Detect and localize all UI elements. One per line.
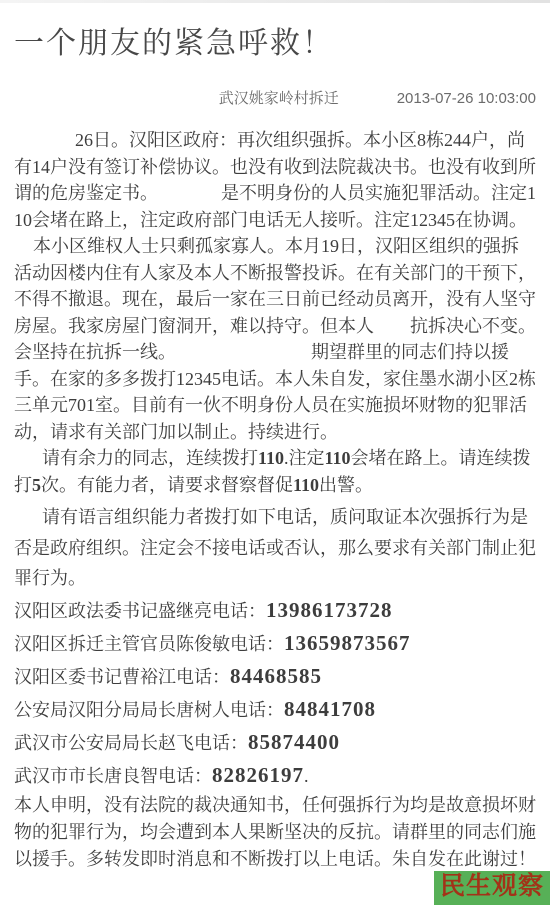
phone-number: 85874400 [248, 730, 340, 754]
meta-source: 武汉姚家岭村拆迁 [219, 89, 339, 109]
text-run: 请有语言组织能力者拨打如下电话，质问取证本次强拆行为是否是政府组织。注定会不接电… [14, 507, 536, 588]
phone-number: 13659873567 [284, 631, 411, 655]
text-run: 本小区维权人士只剩孤家寡人。本月19日，汉阳区组织的强拆活动因楼内住有人家及本人… [14, 236, 536, 442]
meta-datetime: 2013-07-26 10:03:00 [397, 89, 536, 109]
paragraph: 26日。汉阳区政府：再次组织强拆。本小区8栋244户，尚有14户没有签订补偿协议… [14, 127, 536, 233]
emphasis-number: 5 [32, 475, 41, 495]
text-run: 出警。 [319, 475, 373, 495]
text-run: 次。有能力者，请要求督察督促 [41, 475, 293, 495]
text-run: 26日。汉阳区政府：再次组织强拆。本小区8栋244户，尚有14户没有签订补偿协议… [14, 130, 536, 230]
phone-line: 公安局汉阳分局局长唐树人电话：84841708 [14, 693, 536, 726]
phone-number: 84841708 [284, 697, 376, 721]
phone-line: 汉阳区拆迁主管官员陈俊敏电话：13659873567 [14, 627, 536, 660]
paragraph: 本人申明，没有法院的裁决通知书，任何强拆行为均是故意损坏财物的犯罪行为，均会遭到… [14, 792, 536, 873]
text-run: . [304, 766, 309, 786]
page-title: 一个朋友的紧急呼救！ [14, 23, 536, 65]
text-run: 公安局汉阳分局局长唐树人电话： [14, 700, 284, 720]
text-run: 本人申明，没有法院的裁决通知书，任何强拆行为均是故意损坏财物的犯罪行为，均会遭到… [14, 795, 536, 869]
text-run: .注定 [284, 448, 325, 468]
article-body: 26日。汉阳区政府：再次组织强拆。本小区8栋244户，尚有14户没有签订补偿协议… [14, 127, 536, 873]
phone-number: 84468585 [230, 664, 322, 688]
phone-line: 汉阳区政法委书记盛继亮电话：13986173728 [14, 594, 536, 627]
text-run: 请有余力的同志，连续拨打 [42, 448, 258, 468]
watermark-badge: 民生观察 [434, 871, 550, 905]
paragraph: 请有语言组织能力者拨打如下电话，质问取证本次强拆行为是否是政府组织。注定会不接电… [14, 502, 536, 594]
text-run: 武汉市市长唐良智电话： [14, 766, 212, 786]
article-page: 一个朋友的紧急呼救！ 武汉姚家岭村拆迁 2013-07-26 10:03:00 … [0, 0, 550, 905]
paragraph: 请有余力的同志，连续拨打110.注定110会堵在路上。请连续拨打5次。有能力者，… [14, 445, 536, 498]
article-meta: 武汉姚家岭村拆迁 2013-07-26 10:03:00 [14, 89, 536, 109]
top-divider [0, 0, 550, 3]
emphasis-number: 110 [325, 448, 351, 468]
text-run: 汉阳区政法委书记盛继亮电话： [14, 601, 266, 621]
phone-line: 汉阳区委书记曹裕江电话：84468585 [14, 660, 536, 693]
emphasis-number: 110 [258, 448, 284, 468]
text-run: 武汉市公安局局长赵飞电话： [14, 733, 248, 753]
phone-line: 武汉市公安局局长赵飞电话：85874400 [14, 726, 536, 759]
emphasis-number: 110 [293, 475, 319, 495]
phone-number: 82826197 [212, 763, 304, 787]
text-run: 汉阳区拆迁主管官员陈俊敏电话： [14, 634, 284, 654]
phone-line: 武汉市市长唐良智电话：82826197. [14, 759, 536, 792]
text-run: 汉阳区委书记曹裕江电话： [14, 667, 230, 687]
phone-number: 13986173728 [266, 598, 393, 622]
paragraph: 本小区维权人士只剩孤家寡人。本月19日，汉阳区组织的强拆活动因楼内住有人家及本人… [14, 233, 536, 445]
